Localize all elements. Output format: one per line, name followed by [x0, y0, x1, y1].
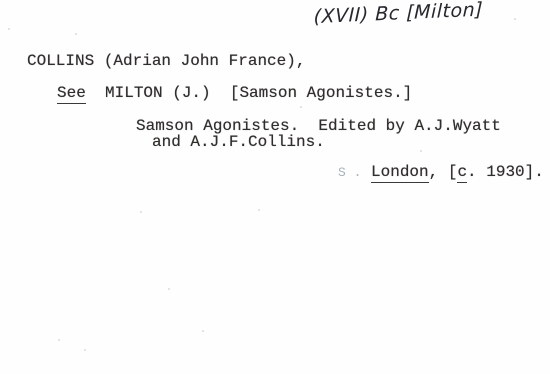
paper-speck: [8, 28, 10, 30]
paper-speck: [84, 349, 86, 351]
imprint-date: . 1930].: [467, 163, 544, 181]
imprint-circa-abbrev: c: [457, 163, 467, 183]
heading-author: COLLINS (Adrian John France),: [27, 53, 305, 69]
paper-speck: [75, 33, 77, 35]
title-statement-line-2: and A.J.F.Collins.: [152, 134, 325, 150]
faint-pencil-mark: S .: [338, 165, 361, 180]
paper-speck: [140, 211, 142, 213]
paper-speck: [202, 330, 204, 332]
handwritten-classmark: (XVII) Bc [Milton]: [313, 0, 523, 28]
paper-speck: [420, 150, 422, 152]
paper-speck: [300, 106, 302, 108]
paper-speck: [514, 18, 516, 20]
see-reference-line: See MILTON (J.) [Samson Agonistes.]: [57, 85, 412, 101]
see-label: See: [57, 84, 86, 104]
imprint-place: London: [371, 163, 429, 183]
catalogue-card: (XVII) Bc [Milton] COLLINS (Adrian John …: [0, 0, 550, 374]
paper-speck: [58, 339, 60, 341]
imprint-line: S . London, [c. 1930].: [338, 164, 544, 181]
imprint-spacer: [361, 163, 371, 181]
title-statement-line-1: Samson Agonistes. Edited by A.J.Wyatt: [136, 118, 501, 134]
paper-speck: [258, 209, 260, 211]
imprint-mid: , [: [429, 163, 458, 181]
paper-speck: [168, 288, 170, 290]
see-reference-target: MILTON (J.) [Samson Agonistes.]: [86, 84, 412, 102]
